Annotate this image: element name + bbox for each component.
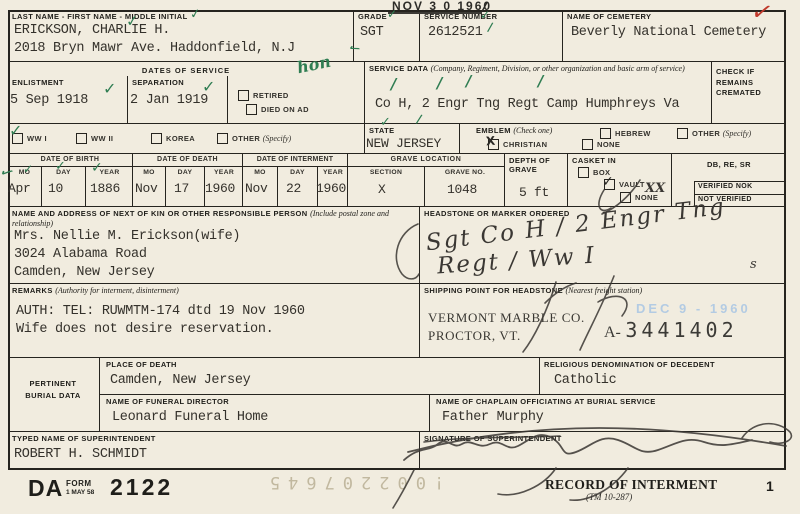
form-word: FORM (66, 480, 94, 489)
check-mark-icon: ✓ (125, 13, 139, 29)
check-mark-icon: ✓ (387, 8, 397, 20)
hebrew-checkbox: HEBREW (600, 128, 651, 139)
next-of-kin-line2: 3024 Alabama Road (14, 247, 147, 262)
retired-died-field: RETIRED DIED ON AD (228, 76, 365, 124)
remarks-label: REMARKS (Authority for interment, disint… (8, 284, 419, 296)
funeral-director-field: NAME OF FUNERAL DIRECTOR Leonard Funeral… (100, 395, 430, 432)
other-war-checkbox-box (217, 133, 228, 144)
remarks-note: (Authority for interment, disinterment) (55, 286, 179, 295)
religion-label: RELIGIOUS DENOMINATION OF DECEDENT (540, 358, 786, 369)
xx-annotation: XX (645, 182, 665, 195)
casket-none-checkbox-box (620, 192, 631, 203)
typed-superintendent-label: TYPED NAME OF SUPERINTENDENT (8, 432, 419, 443)
other-war-note: (Specify) (263, 134, 291, 143)
other-emblem-checkbox-box (677, 128, 688, 139)
cemetery-value: Beverly National Cemetery (571, 25, 766, 40)
ww2-checkbox-box (76, 133, 87, 144)
retired-label: RETIRED (253, 90, 289, 100)
grave-no-header: GRAVE NO. (425, 169, 505, 176)
typed-superintendent-field: TYPED NAME OF SUPERINTENDENT ROBERT H. S… (8, 432, 420, 470)
interment-mo-cell: MO Nov (243, 167, 278, 207)
record-of-interment-form: NOV 3 0 1960 / ✓ LAST NAME - FIRST NAME … (0, 0, 800, 514)
religion-field: RELIGIOUS DENOMINATION OF DECEDENT Catho… (540, 358, 786, 395)
korea-checkbox-box (151, 133, 162, 144)
faint-serial-number: !002207645 (228, 472, 478, 492)
grave-location-label: GRAVE LOCATION (348, 154, 504, 167)
service-number-field: SERVICE NUMBER 2612521 (420, 10, 563, 62)
chaplain-label: NAME OF CHAPLAIN OFFICIATING AT BURIAL S… (430, 395, 786, 406)
died-on-ad-checkbox: DIED ON AD (246, 104, 309, 115)
service-data-value: Co H, 2 Engr Tng Regt Camp Humphreys Va (375, 97, 679, 112)
check-mark-icon: ✓ (189, 7, 202, 21)
form-word-date: FORM 1 MAY 58 (66, 480, 94, 496)
next-of-kin-line3: Camden, New Jersey (14, 265, 154, 280)
decedent-name-value: ERICKSON, CHARLIE H. (14, 23, 170, 38)
interment-year-header: YEAR (318, 169, 348, 176)
verification-label: DB, RE, SR (672, 158, 788, 169)
shipping-line2: PROCTOR, VT. (428, 328, 521, 344)
interment-year-value: 1960 (316, 181, 346, 196)
date-of-death-label: DATE OF DEATH (133, 154, 242, 167)
died-on-ad-checkbox-box (246, 104, 257, 115)
birth-year-value: 1886 (90, 181, 120, 196)
interment-day-header: DAY (278, 169, 317, 176)
death-year-header: YEAR (205, 169, 243, 176)
check-mark-icon: ✓ (380, 116, 391, 129)
birth-mo-value: Apr (8, 181, 31, 196)
place-of-death-field: PLACE OF DEATH Camden, New Jersey (100, 358, 540, 395)
christian-label: CHRISTIAN (503, 139, 547, 149)
death-mo-cell: MO Nov (133, 167, 166, 207)
religion-value: Catholic (554, 373, 616, 388)
grave-no-cell: GRAVE NO. 1048 (425, 167, 505, 207)
pertinent-burial-data-label-cell: PERTINENT BURIAL DATA (8, 358, 100, 432)
headstone-number-stamp: A- 3441402 (604, 318, 738, 342)
slash-mark-icon: / (466, 74, 471, 89)
vault-check-mark-icon: ✓ (602, 175, 614, 189)
death-day-header: DAY (166, 169, 204, 176)
form-agency: DA (28, 475, 63, 502)
other-war-label-text: OTHER (232, 134, 260, 143)
ww1-label: WW I (27, 133, 47, 143)
verified-nok-label: VERIFIED NOK (695, 182, 786, 192)
funeral-director-value: Leonard Funeral Home (112, 410, 268, 425)
emblem-field: EMBLEM (Check one) HEBREW OTHER (Specify… (460, 124, 786, 154)
cremated-label: CHECK IF REMAINS CREMATED (712, 62, 786, 99)
remarks-line2: Wife does not desire reservation. (16, 322, 273, 337)
signature-superintendent-label: SIGNATURE OF SUPERINTENDENT (420, 432, 786, 443)
slash-mark-icon: / (538, 74, 543, 89)
date-of-interment-label: DATE OF INTERMENT (243, 154, 347, 167)
korea-checkbox: KOREA (151, 133, 195, 144)
place-of-death-label: PLACE OF DEATH (100, 358, 539, 369)
retired-checkbox-box (238, 90, 249, 101)
chaplain-value: Father Murphy (442, 410, 543, 425)
remarks-line1: AUTH: TEL: RUWMTM-174 dtd 19 Nov 1960 (16, 304, 305, 319)
casket-in-label: CASKET IN (568, 154, 671, 165)
document-title: RECORD OF INTERMENT (545, 477, 717, 493)
check-mark-icon: ✓ (9, 123, 22, 139)
chaplain-field: NAME OF CHAPLAIN OFFICIATING AT BURIAL S… (430, 395, 786, 432)
check-mark-icon: ✓ (202, 79, 215, 95)
hebrew-checkbox-box (600, 128, 611, 139)
christian-x-mark-icon: X (486, 135, 496, 148)
stamp-underline (388, 12, 482, 14)
death-day-cell: DAY 17 (166, 167, 205, 207)
none-emblem-checkbox-box (582, 139, 593, 150)
war-service-field: WW I WW II KOREA OTHER (Specify) (8, 124, 365, 154)
interment-year-cell: YEAR 1960 (318, 167, 348, 207)
retired-checkbox: RETIRED (238, 90, 289, 101)
shipping-label: SHIPPING POINT FOR HEADSTONE (Nearest fr… (420, 284, 786, 296)
check-mark-icon: ✓ (103, 81, 116, 97)
place-of-death-value: Camden, New Jersey (110, 373, 250, 388)
grave-depth-field: DEPTH OF GRAVE 5 ft (505, 154, 568, 207)
other-war-label: OTHER (Specify) (232, 133, 291, 143)
slash-mark-icon: / (391, 77, 396, 92)
date-of-death-group: DATE OF DEATH MO Nov DAY 17 YEAR 1960 (133, 154, 243, 207)
typed-superintendent-value: ROBERT H. SCHMIDT (14, 447, 147, 462)
state-value: NEW JERSEY (366, 136, 441, 151)
grave-section-value: X (378, 182, 386, 197)
death-mo-value: Nov (135, 181, 158, 196)
check-mark-icon: ✓ (55, 160, 66, 173)
service-number-value: 2612521 (428, 25, 483, 40)
decedent-name-field: LAST NAME - FIRST NAME - MIDDLE INITIAL … (8, 10, 354, 62)
other-emblem-note: (Specify) (723, 129, 751, 138)
headstone-handwriting-tail: s (750, 258, 757, 271)
decedent-name-label: LAST NAME - FIRST NAME - MIDDLE INITIAL (8, 10, 353, 21)
birth-day-value: 10 (48, 181, 63, 196)
shipping-line1: VERMONT MARBLE CO. (428, 310, 585, 326)
page-number: 1 (766, 478, 774, 494)
none-emblem-label: NONE (597, 139, 620, 149)
death-day-value: 17 (174, 181, 189, 196)
slash-mark-icon: / (437, 76, 442, 91)
casket-box-checkbox-box (578, 167, 589, 178)
death-year-value: 1960 (205, 181, 235, 196)
date-of-interment-group: DATE OF INTERMENT MO Nov DAY 22 YEAR 196… (243, 154, 348, 207)
decedent-address-value: 2018 Bryn Mawr Ave. Haddonfield, N.J (14, 41, 295, 56)
emblem-label-note: (Check one) (513, 126, 552, 135)
headstone-number-prefix: A- (604, 324, 621, 341)
none-emblem-checkbox: NONE (582, 139, 620, 150)
next-of-kin-label-text: NAME AND ADDRESS OF NEXT OF KIN OR OTHER… (12, 209, 308, 218)
grave-section-cell: SECTION X (348, 167, 425, 207)
grave-section-header: SECTION (348, 169, 424, 176)
grave-no-value: 1048 (447, 182, 477, 197)
document-reference: (TM 10-287) (586, 492, 632, 502)
ww2-checkbox: WW II (76, 133, 113, 144)
grave-depth-value: 5 ft (519, 185, 549, 200)
headstone-number-value: 3441402 (625, 318, 737, 342)
enlistment-value: 5 Sep 1918 (10, 93, 88, 108)
grave-depth-label: DEPTH OF GRAVE (505, 154, 563, 175)
service-data-label-text: SERVICE DATA (369, 64, 428, 73)
ww2-label: WW II (91, 133, 113, 143)
check-mark-icon: ✓ (23, 163, 33, 175)
christian-checkbox: CHRISTIAN (488, 139, 547, 150)
check-mark-icon: ✓ (91, 161, 103, 175)
korea-label: KOREA (166, 133, 195, 143)
interment-day-value: 22 (286, 181, 301, 196)
other-emblem-checkbox: OTHER (Specify) (677, 128, 751, 139)
interment-mo-header: MO (243, 169, 277, 176)
death-year-cell: YEAR 1960 (205, 167, 243, 207)
signature-superintendent-field: SIGNATURE OF SUPERINTENDENT (420, 432, 786, 470)
interment-mo-value: Nov (245, 181, 268, 196)
next-of-kin-field: NAME AND ADDRESS OF NEXT OF KIN OR OTHER… (8, 207, 420, 284)
grave-location-group: GRAVE LOCATION SECTION X GRAVE NO. 1048 (348, 154, 505, 207)
remarks-label-text: REMARKS (12, 286, 53, 295)
death-mo-header: MO (133, 169, 165, 176)
hebrew-label: HEBREW (615, 128, 651, 138)
grade-value: SGT (360, 25, 383, 40)
died-on-ad-label: DIED ON AD (261, 104, 309, 114)
verified-nok-cell: VERIFIED NOK (694, 181, 786, 194)
next-of-kin-label: NAME AND ADDRESS OF NEXT OF KIN OR OTHER… (8, 207, 412, 229)
next-of-kin-line1: Mrs. Nellie M. Erickson(wife) (14, 229, 240, 244)
cremated-field: CHECK IF REMAINS CREMATED (712, 62, 786, 124)
other-war-checkbox: OTHER (Specify) (217, 133, 291, 144)
headstone-date-stamp: DEC 9 - 1960 (636, 301, 751, 316)
form-number: 2122 (110, 474, 173, 501)
separation-value: 2 Jan 1919 (130, 93, 208, 108)
service-data-label: SERVICE DATA (Company, Regiment, Divisio… (365, 62, 701, 74)
remarks-field: REMARKS (Authority for interment, disint… (8, 284, 420, 358)
other-emblem-label: OTHER (Specify) (692, 128, 751, 138)
other-emblem-label-text: OTHER (692, 129, 720, 138)
interment-day-cell: DAY 22 (278, 167, 318, 207)
pertinent-burial-data-label: PERTINENT BURIAL DATA (18, 376, 90, 402)
shipping-note: (Nearest freight station) (565, 286, 642, 295)
funeral-director-label: NAME OF FUNERAL DIRECTOR (100, 395, 429, 406)
shipping-label-text: SHIPPING POINT FOR HEADSTONE (424, 286, 563, 295)
casket-vault-label: VAULT (619, 179, 645, 189)
form-date: 1 MAY 58 (66, 489, 94, 496)
